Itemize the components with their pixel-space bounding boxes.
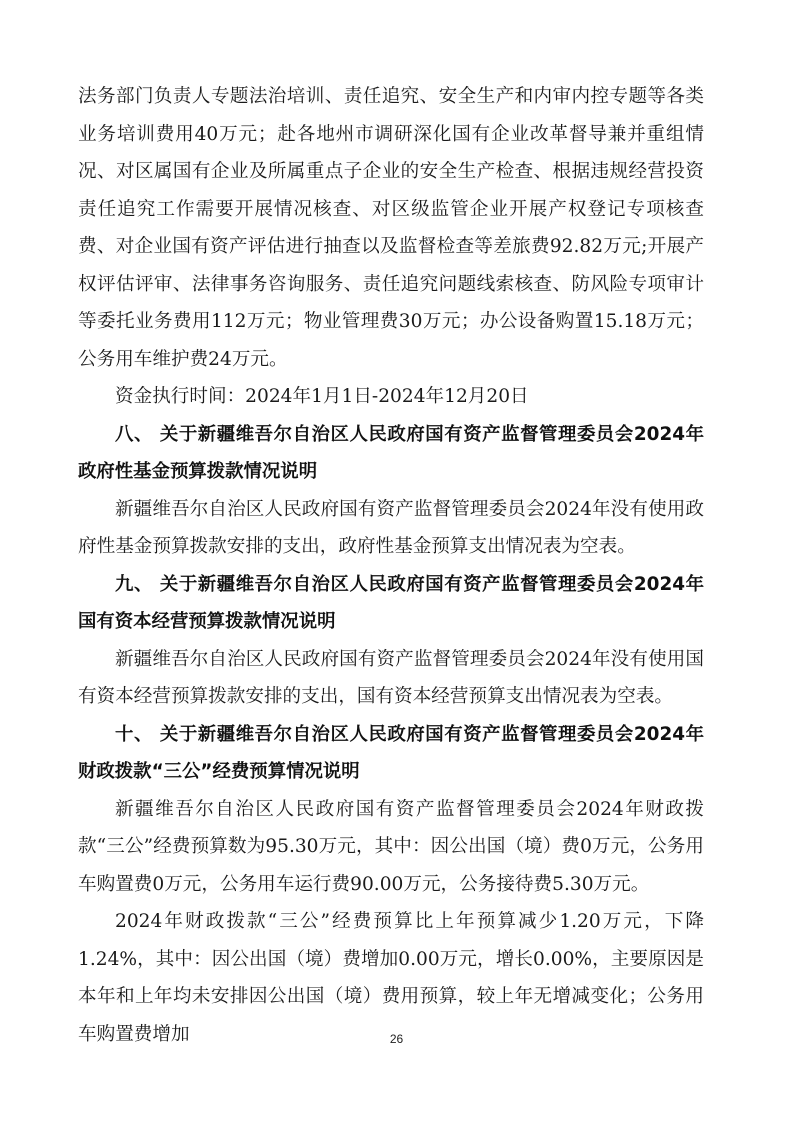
paragraph-expense-details: 法务部门负责人专题法治培训、责任追究、安全生产和内审内控专题等各类业务培训费用4… xyxy=(78,78,704,378)
paragraph-government-fund: 新疆维吾尔自治区人民政府国有资产监督管理委员会2024年没有使用政府性基金预算拨… xyxy=(78,491,704,566)
page-body: 法务部门负责人专题法治培训、责任追究、安全生产和内审内控专题等各类业务培训费用4… xyxy=(78,78,704,1053)
page-number: 26 xyxy=(0,1032,793,1046)
section-heading-10: 十、 关于新疆维吾尔自治区人民政府国有资产监督管理委员会2024年财政拨款“三公… xyxy=(78,716,704,791)
document-page: 法务部门负责人专题法治培训、责任追究、安全生产和内审内控专题等各类业务培训费用4… xyxy=(0,0,793,1122)
section-heading-9: 九、 关于新疆维吾尔自治区人民政府国有资产监督管理委员会2024年国有资本经营预… xyxy=(78,566,704,641)
paragraph-three-public-change: 2024年财政拨款“三公”经费预算比上年预算减少1.20万元，下降1.24%，其… xyxy=(78,903,704,1053)
section-heading-8: 八、 关于新疆维吾尔自治区人民政府国有资产监督管理委员会2024年政府性基金预算… xyxy=(78,416,704,491)
paragraph-execution-period: 资金执行时间：2024年1月1日-2024年12月20日 xyxy=(78,378,704,416)
paragraph-state-capital: 新疆维吾尔自治区人民政府国有资产监督管理委员会2024年没有使用国有资本经营预算… xyxy=(78,641,704,716)
paragraph-three-public-budget: 新疆维吾尔自治区人民政府国有资产监督管理委员会2024年财政拨款“三公”经费预算… xyxy=(78,791,704,904)
